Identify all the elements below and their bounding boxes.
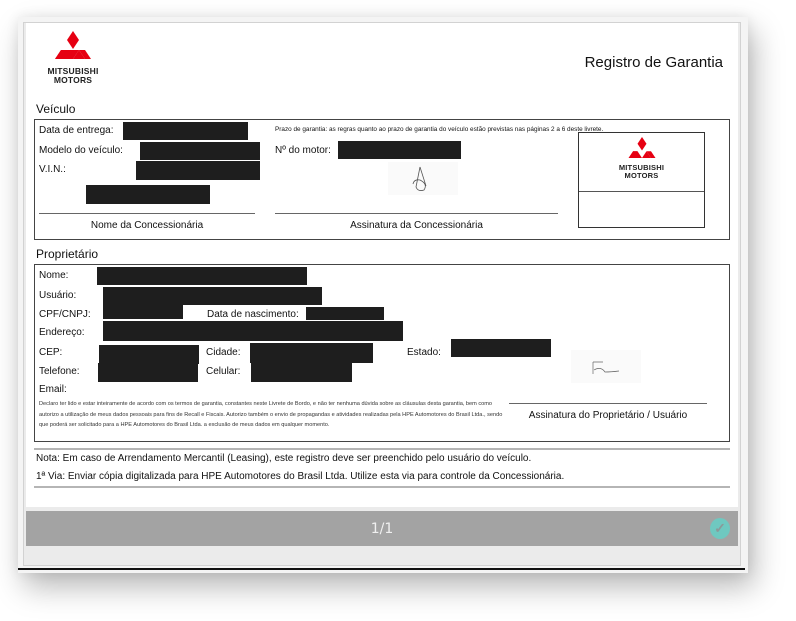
vehicle-section-box: Data de entrega: Modelo do veículo: V.I.… <box>34 119 730 240</box>
confirm-button[interactable]: ✓ <box>710 518 730 539</box>
birth-date-value-redacted <box>306 307 384 320</box>
vehicle-model-label: Modelo do veículo: <box>39 145 123 156</box>
birth-date-label: Data de nascimento: <box>207 309 299 320</box>
address-value-redacted <box>103 321 403 341</box>
stamp-divider <box>579 191 704 192</box>
zip-value-redacted <box>99 345 199 364</box>
city-label: Cidade: <box>206 347 240 358</box>
engine-number-value-redacted <box>338 141 461 159</box>
email-label: Email: <box>39 384 67 395</box>
warranty-period-note: Prazo de garantia: as regras quanto ao p… <box>275 126 603 133</box>
cpf-cnpj-value-redacted <box>103 305 183 319</box>
owner-signature-caption: Assinatura do Proprietário / Usuário <box>509 410 707 421</box>
dealer-name-line <box>39 213 255 214</box>
state-label: Estado: <box>407 347 441 358</box>
notes-top-rule <box>34 448 730 450</box>
check-circle-icon: ✓ <box>714 520 726 537</box>
mobile-value-redacted <box>251 363 352 382</box>
city-value-redacted <box>250 343 373 363</box>
dealer-name-caption: Nome da Concessionária <box>39 220 255 231</box>
page-counter: 1/1 <box>371 521 394 537</box>
leasing-note: Nota: Em caso de Arrendamento Mercantil … <box>36 453 531 464</box>
delivery-date-label: Data de entrega: <box>39 125 114 136</box>
three-diamonds-icon <box>53 31 93 67</box>
owner-declaration: Declaro ter lido e estar inteiramente de… <box>39 399 509 431</box>
notes-bottom-rule <box>34 486 730 488</box>
engine-number-label: Nº do motor: <box>275 145 331 156</box>
dealer-signature-image <box>388 162 458 195</box>
address-label: Endereço: <box>39 327 85 338</box>
vin-value-redacted <box>136 161 260 180</box>
name-label: Nome: <box>39 270 68 281</box>
stamp-mitsubishi-logo: MITSUBISHI MOTORS <box>579 137 704 180</box>
document-viewer: MITSUBISHI MOTORS Registro de Garantia V… <box>23 22 741 566</box>
document-page: MITSUBISHI MOTORS Registro de Garantia V… <box>26 23 738 507</box>
viewer-footer-bar: 1/1 ✓ <box>26 511 738 546</box>
vin-label: V.I.N.: <box>39 164 66 175</box>
document-title: Registro de Garantia <box>585 54 723 71</box>
owner-section-box: Nome: Usuário: CPF/CNPJ: Data de nascime… <box>34 264 730 442</box>
state-value-redacted <box>451 339 551 357</box>
owner-signature-line <box>509 403 707 404</box>
mitsubishi-logo: MITSUBISHI MOTORS <box>40 31 106 85</box>
dealer-stamp-box: MITSUBISHI MOTORS <box>578 132 705 228</box>
cpf-cnpj-label: CPF/CNPJ: <box>39 309 91 320</box>
dealer-name-redacted <box>86 185 210 204</box>
delivery-date-value-redacted <box>123 122 248 140</box>
owner-signature-image <box>571 350 641 383</box>
phone-value-redacted <box>98 363 198 382</box>
copy-instructions-note: 1ª Via: Enviar cópia digitalizada para H… <box>36 471 564 482</box>
user-value-redacted <box>103 287 322 305</box>
mobile-label: Celular: <box>206 366 240 377</box>
frame-bottom-rule <box>18 568 745 570</box>
user-label: Usuário: <box>39 290 76 301</box>
dealer-signature-line <box>275 213 558 214</box>
vehicle-model-value-redacted <box>140 142 260 160</box>
phone-label: Telefone: <box>39 366 80 377</box>
three-diamonds-icon <box>626 137 658 164</box>
vehicle-section-heading: Veículo <box>36 102 75 116</box>
zip-label: CEP: <box>39 347 62 358</box>
owner-section-heading: Proprietário <box>36 247 98 261</box>
dealer-signature-caption: Assinatura da Concessionária <box>275 220 558 231</box>
name-value-redacted <box>97 267 307 285</box>
